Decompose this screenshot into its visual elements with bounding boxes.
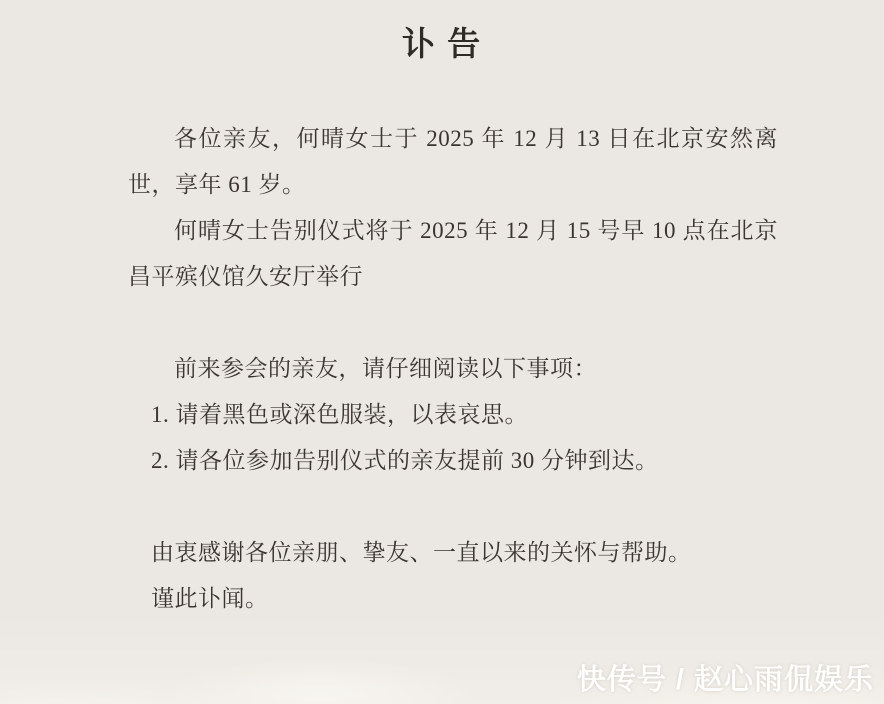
paragraph-death-announcement: 各位亲友，何晴女士于 2025 年 12 月 13 日在北京安然离世，享年 61… [128,116,778,208]
page-title: 讣 告 [0,24,884,66]
paragraph-ceremony-details: 何晴女士告别仪式将于 2025 年 12 月 15 号早 10 点在北京昌平殡仪… [128,208,778,300]
paragraph-gratitude: 由衷感谢各位亲朋、挚友、一直以来的关怀与帮助。 [128,530,778,576]
paragraph-attendee-instructions-intro: 前来参会的亲友，请仔细阅读以下事项： [128,346,778,392]
obituary-notice-page: { "document": { "title": "讣 告", "paragra… [0,0,884,704]
instruction-item-1: 1. 请着黑色或深色服装，以表哀思。 [128,392,778,438]
watermark-source-label: 快传号 / 赵心雨侃娱乐 [577,657,874,698]
paragraph-closing: 谨此讣闻。 [128,576,778,622]
notice-body: 各位亲友，何晴女士于 2025 年 12 月 13 日在北京安然离世，享年 61… [128,116,778,622]
instruction-item-2: 2. 请各位参加告别仪式的亲友提前 30 分钟到达。 [128,438,778,484]
